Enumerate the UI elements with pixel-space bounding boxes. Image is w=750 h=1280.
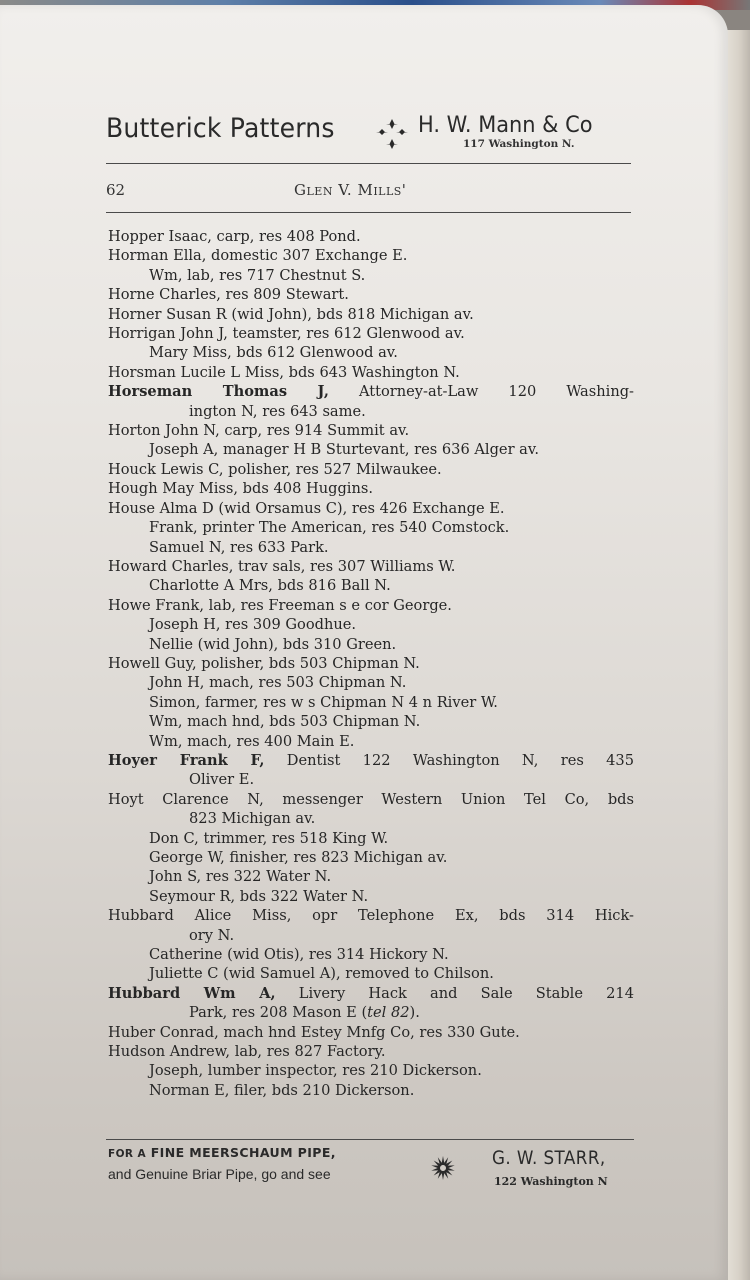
entry-name-bold: Hoyer Frank F, (108, 752, 264, 769)
starburst-ornament-icon (430, 1155, 456, 1181)
entry-text: ). (410, 1004, 420, 1021)
directory-entry: Norman E, filer, bds 210 Dickerson. (108, 1081, 634, 1100)
directory-entry: Horman Ella, domestic 307 Exchange E. (108, 246, 634, 265)
directory-entries: Hopper Isaac, carp, res 408 Pond.Horman … (108, 227, 634, 1100)
directory-entry: House Alma D (wid Orsamus C), res 426 Ex… (108, 499, 634, 518)
directory-entry: Hoyer Frank F, Dentist 122 Washington N,… (108, 751, 634, 770)
directory-entry: Horseman Thomas J, Attorney-at-Law 120 W… (108, 382, 634, 401)
directory-entry: Simon, farmer, res w s Chipman N 4 n Riv… (108, 693, 634, 712)
directory-entry: Nellie (wid John), bds 310 Green. (108, 635, 634, 654)
directory-entry: John H, mach, res 503 Chipman N. (108, 673, 634, 692)
directory-entry: Hopper Isaac, carp, res 408 Pond. (108, 227, 634, 246)
directory-entry: Horrigan John J, teamster, res 612 Glenw… (108, 324, 634, 343)
directory-entry: Hough May Miss, bds 408 Huggins. (108, 479, 634, 498)
directory-entry: Park, res 208 Mason E (tel 82). (108, 1003, 634, 1022)
ad-line-1: FOR A FINE MEERSCHAUM PIPE, (108, 1145, 336, 1160)
directory-entry: Howe Frank, lab, res Freeman s e cor Geo… (108, 596, 634, 615)
footer-rule (106, 1139, 634, 1140)
directory-entry: Horne Charles, res 809 Stewart. (108, 285, 634, 304)
entry-text: Attorney-at-Law 120 Washing- (329, 383, 634, 400)
directory-entry: Juliette C (wid Samuel A), removed to Ch… (108, 964, 634, 983)
directory-entry: Hubbard Alice Miss, opr Telephone Ex, bd… (108, 906, 634, 925)
entry-text: Livery Hack and Sale Stable 214 (276, 985, 634, 1002)
directory-entry: Wm, mach, res 400 Main E. (108, 732, 634, 751)
ad-merchant-name: H. W. Mann & Co (418, 113, 592, 138)
directory-entry: ington N, res 643 same. (108, 402, 634, 421)
directory-entry: George W, finisher, res 823 Michigan av. (108, 848, 634, 867)
directory-entry: 823 Michigan av. (108, 809, 634, 828)
directory-entry: Frank, printer The American, res 540 Com… (108, 518, 634, 537)
directory-entry: Joseph, lumber inspector, res 210 Dicker… (108, 1061, 634, 1080)
publisher-name: Glen V. Mills' (294, 181, 406, 199)
entry-text: Dentist 122 Washington N, res 435 (264, 752, 634, 769)
ad-brand: Butterick Patterns (106, 113, 335, 144)
footer-advertisement: FOR A FINE MEERSCHAUM PIPE, and Genuine … (108, 1145, 636, 1195)
directory-entry: Seymour R, bds 322 Water N. (108, 887, 634, 906)
header-advertisement: Butterick Patterns H. W. Mann & Co 117 W… (106, 113, 630, 157)
directory-entry: Horton John N, carp, res 914 Summit av. (108, 421, 634, 440)
entry-name-bold: Hubbard Wm A, (108, 985, 276, 1002)
directory-entry: Oliver E. (108, 770, 634, 789)
directory-entry: Joseph H, res 309 Goodhue. (108, 615, 634, 634)
directory-entry: Horner Susan R (wid John), bds 818 Michi… (108, 305, 634, 324)
directory-page: Butterick Patterns H. W. Mann & Co 117 W… (0, 5, 728, 1280)
running-head: 62 Glen V. Mills' (106, 181, 630, 203)
ad-merchant-name: G. W. STARR, (492, 1147, 606, 1169)
directory-entry: Mary Miss, bds 612 Glenwood av. (108, 343, 634, 362)
ad-line-1-main: FINE MEERSCHAUM PIPE, (151, 1145, 336, 1160)
diamond-ornament-icon (372, 115, 412, 155)
directory-entry: Howell Guy, polisher, bds 503 Chipman N. (108, 654, 634, 673)
entry-name-bold: Horseman Thomas J, (108, 383, 329, 400)
directory-entry: John S, res 322 Water N. (108, 867, 634, 886)
directory-entry: Catherine (wid Otis), res 314 Hickory N. (108, 945, 634, 964)
directory-entry: Houck Lewis C, polisher, res 527 Milwauk… (108, 460, 634, 479)
directory-entry: Horsman Lucile L Miss, bds 643 Washingto… (108, 363, 634, 382)
page-number: 62 (106, 181, 125, 199)
directory-entry: ory N. (108, 926, 634, 945)
directory-entry: Wm, lab, res 717 Chestnut S. (108, 266, 634, 285)
directory-entry: Hubbard Wm A, Livery Hack and Sale Stabl… (108, 984, 634, 1003)
directory-entry: Hudson Andrew, lab, res 827 Factory. (108, 1042, 634, 1061)
directory-entry: Joseph A, manager H B Sturtevant, res 63… (108, 440, 634, 459)
entry-telephone: tel 82 (367, 1004, 409, 1021)
directory-entry: Wm, mach hnd, bds 503 Chipman N. (108, 712, 634, 731)
directory-entry: Huber Conrad, mach hnd Estey Mnfg Co, re… (108, 1023, 634, 1042)
directory-entry: Hoyt Clarence N, messenger Western Union… (108, 790, 634, 809)
ad-merchant-address: 122 Washington N (494, 1175, 608, 1188)
running-head-rule (106, 212, 631, 213)
ad-line-1-lead: FOR A (108, 1148, 146, 1160)
ad-line-2: and Genuine Briar Pipe, go and see (108, 1166, 331, 1182)
header-rule (106, 163, 631, 164)
directory-entry: Samuel N, res 633 Park. (108, 538, 634, 557)
ad-merchant-address: 117 Washington N. (463, 138, 575, 150)
entry-text: Park, res 208 Mason E ( (189, 1004, 367, 1021)
directory-entry: Don C, trimmer, res 518 King W. (108, 829, 634, 848)
directory-entry: Charlotte A Mrs, bds 816 Ball N. (108, 576, 634, 595)
directory-entry: Howard Charles, trav sals, res 307 Willi… (108, 557, 634, 576)
